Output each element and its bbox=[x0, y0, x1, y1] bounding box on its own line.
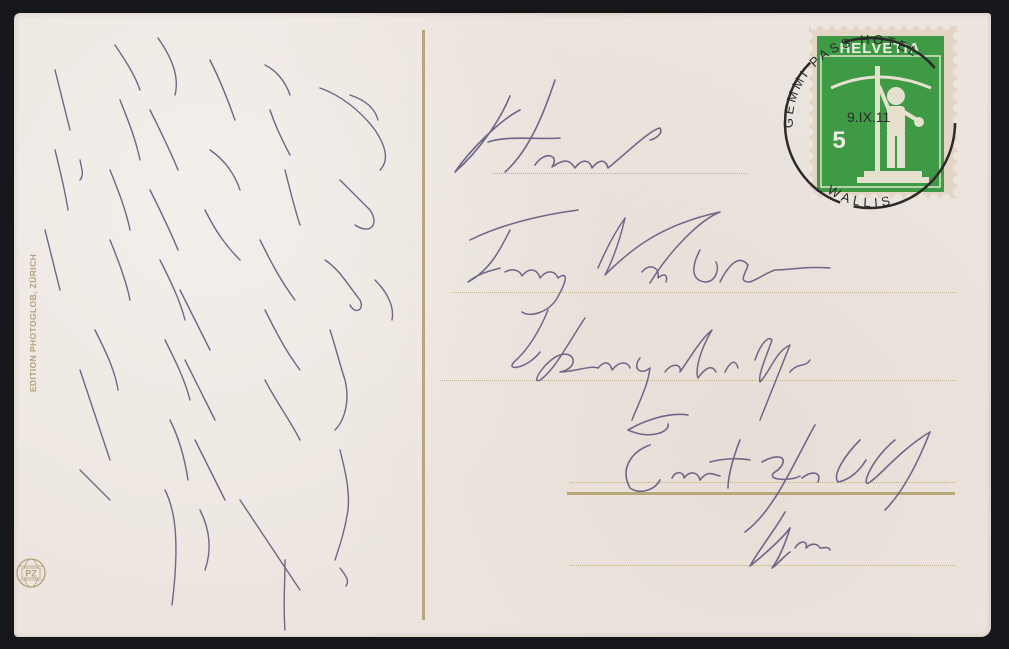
address-line-3 bbox=[440, 380, 955, 381]
center-divider bbox=[422, 30, 425, 620]
address-line-4 bbox=[570, 482, 955, 483]
publisher-imprint-text: EDITION PHOTOGLOB, ZÜRICH bbox=[28, 254, 38, 392]
address-block: Herrn Franz Walcher Burgehilfe Erstfeld … bbox=[0, 0, 1, 1]
message-block: Viele Grüße vom der Passhöhe auf der Gem… bbox=[0, 0, 1, 1]
address-line-2 bbox=[452, 292, 955, 293]
address-rule-gold bbox=[567, 492, 955, 495]
svg-text:HELVETIA: HELVETIA bbox=[839, 40, 920, 57]
address-line-1 bbox=[493, 173, 748, 174]
address-salutation: Herrn bbox=[0, 0, 1, 1]
postage-stamp-icon: HELVETIA 5 bbox=[809, 26, 957, 198]
pz-globe-logo-icon: PZ bbox=[15, 557, 47, 589]
address-line-5 bbox=[570, 565, 955, 566]
publisher-imprint: EDITION PHOTOGLOB, ZÜRICH bbox=[25, 218, 41, 428]
svg-text:PZ: PZ bbox=[25, 569, 37, 579]
svg-text:5: 5 bbox=[832, 127, 845, 154]
message-line: Viele Grüße vom bbox=[0, 0, 1, 1]
